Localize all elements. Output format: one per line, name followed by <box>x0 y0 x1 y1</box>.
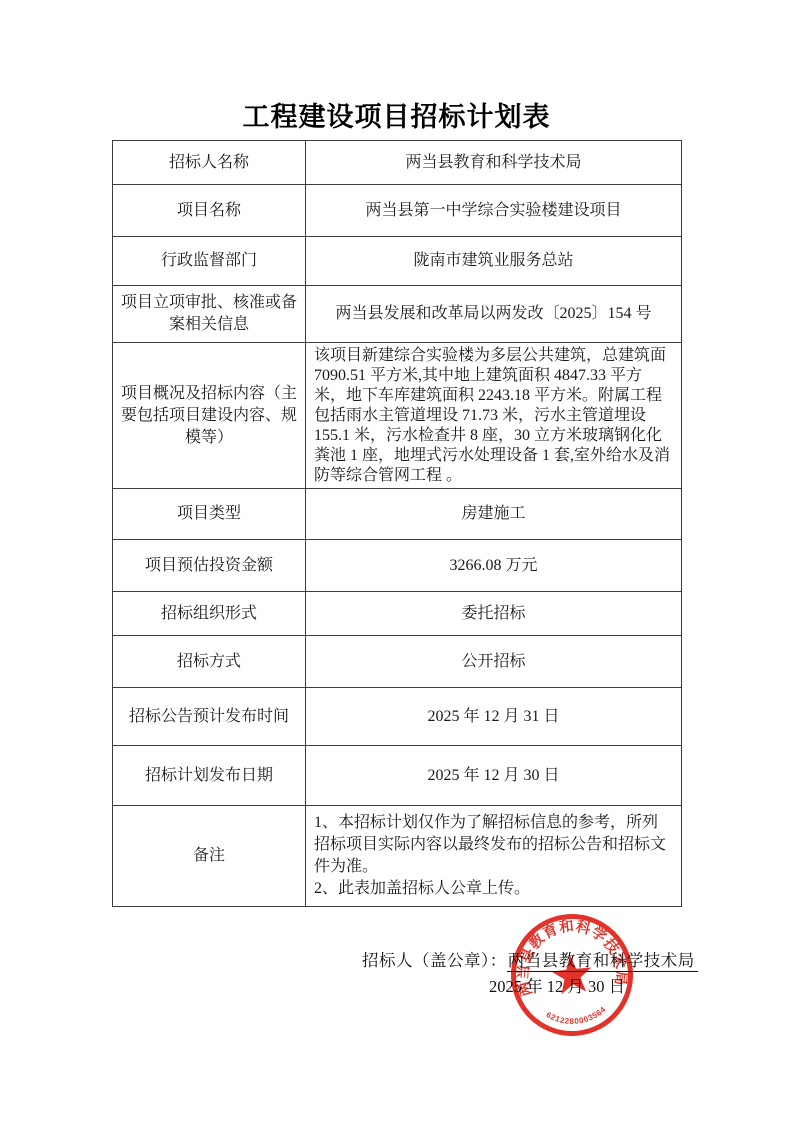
row-value: 2025 年 12 月 30 日 <box>306 746 682 806</box>
row-value: 委托招标 <box>306 592 682 636</box>
row-value: 两当县第一中学综合实验楼建设项目 <box>306 185 682 237</box>
table-row: 招标人名称 两当县教育和科学技术局 <box>113 141 682 185</box>
bidding-plan-table: 招标人名称 两当县教育和科学技术局 项目名称 两当县第一中学综合实验楼建设项目 … <box>112 140 682 907</box>
row-value: 3266.08 万元 <box>306 540 682 592</box>
table-row: 项目类型 房建施工 <box>113 489 682 540</box>
seal-star-icon <box>550 953 594 995</box>
table-row: 项目名称 两当县第一中学综合实验楼建设项目 <box>113 185 682 237</box>
row-value: 公开招标 <box>306 636 682 688</box>
table-row: 项目概况及招标内容（主要包括项目建设内容、规模等） 该项目新建综合实验楼为多层公… <box>113 343 682 489</box>
table-row: 备注 1、本招标计划仅作为了解招标信息的参考，所列招标项目实际内容以最终发布的招… <box>113 806 682 907</box>
document-page: 工程建设项目招标计划表 招标人名称 两当县教育和科学技术局 项目名称 两当县第一… <box>0 0 793 1122</box>
row-value: 2025 年 12 月 31 日 <box>306 688 682 746</box>
row-label: 招标人名称 <box>113 141 306 185</box>
row-value: 1、本招标计划仅作为了解招标信息的参考，所列招标项目实际内容以最终发布的招标公告… <box>306 806 682 907</box>
row-label: 招标计划发布日期 <box>113 746 306 806</box>
page-title: 工程建设项目招标计划表 <box>0 95 793 134</box>
table-row: 项目立项审批、核准或备案相关信息 两当县发展和改革局以两发改〔2025〕154 … <box>113 286 682 343</box>
signature-prefix: 招标人（盖公章）： <box>362 951 507 970</box>
table-row: 项目预估投资金额 3266.08 万元 <box>113 540 682 592</box>
row-value: 两当县发展和改革局以两发改〔2025〕154 号 <box>306 286 682 343</box>
official-seal: 两当县教育和科学技术局 6212280003564 <box>504 907 640 1043</box>
row-value: 两当县教育和科学技术局 <box>306 141 682 185</box>
row-label: 招标方式 <box>113 636 306 688</box>
row-value: 该项目新建综合实验楼为多层公共建筑，总建筑面7090.51 平方米,其中地上建筑… <box>306 343 682 489</box>
table-row: 招标公告预计发布时间 2025 年 12 月 31 日 <box>113 688 682 746</box>
row-label: 招标组织形式 <box>113 592 306 636</box>
table-row: 招标计划发布日期 2025 年 12 月 30 日 <box>113 746 682 806</box>
row-label: 行政监督部门 <box>113 237 306 286</box>
row-label: 项目名称 <box>113 185 306 237</box>
table-row: 招标组织形式 委托招标 <box>113 592 682 636</box>
table-row: 招标方式 公开招标 <box>113 636 682 688</box>
row-label: 备注 <box>113 806 306 907</box>
row-value: 陇南市建筑业服务总站 <box>306 237 682 286</box>
row-label: 项目类型 <box>113 489 306 540</box>
row-label: 项目概况及招标内容（主要包括项目建设内容、规模等） <box>113 343 306 489</box>
table-row: 行政监督部门 陇南市建筑业服务总站 <box>113 237 682 286</box>
row-value: 房建施工 <box>306 489 682 540</box>
row-label: 招标公告预计发布时间 <box>113 688 306 746</box>
row-label: 项目预估投资金额 <box>113 540 306 592</box>
row-label: 项目立项审批、核准或备案相关信息 <box>113 286 306 343</box>
